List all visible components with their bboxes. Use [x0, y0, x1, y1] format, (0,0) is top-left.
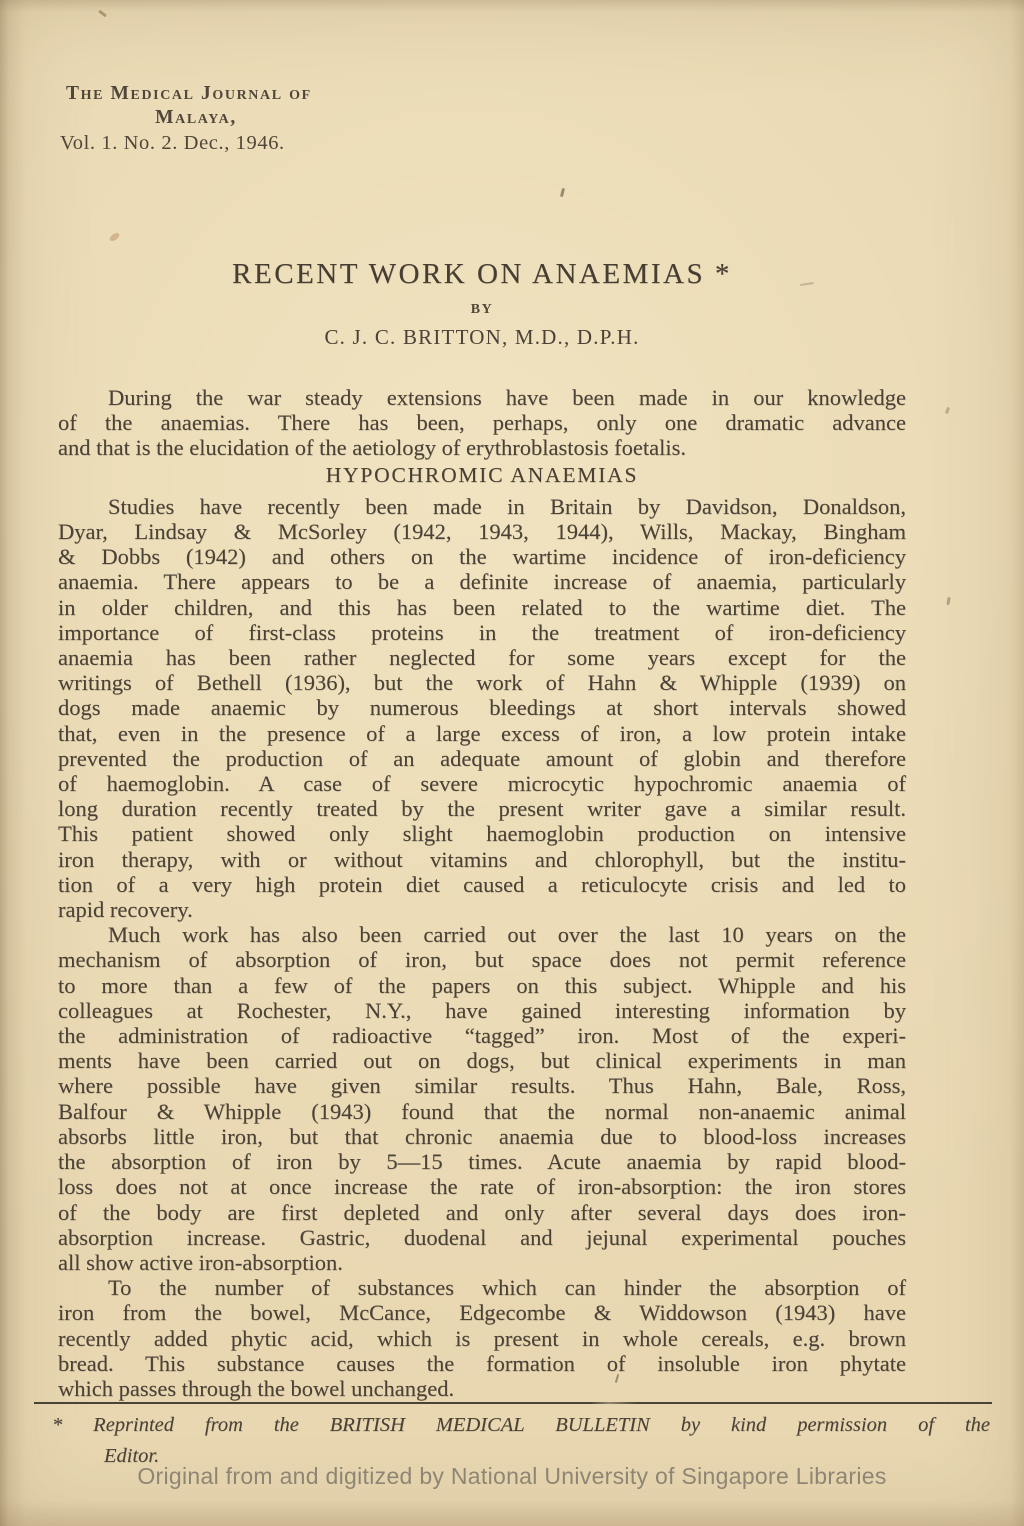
body-line: mechanism of absorption of iron, but spa… [58, 947, 906, 972]
body-line: anaemia has been rather neglected for so… [58, 645, 906, 670]
body-line: the absorption of iron by 5—15 times. Ac… [58, 1149, 906, 1174]
footnote-line: * Reprinted from the BRITISH MEDICAL BUL… [52, 1410, 990, 1441]
body-line: anaemia. There appears to be a definite … [58, 569, 906, 594]
body-line: iron from the bowel, McCance, Edgecombe … [58, 1300, 906, 1325]
journal-name-line2: Malaya, [66, 106, 326, 130]
body-line: long duration recently treated by the pr… [58, 796, 906, 821]
body-line: colleagues at Rochester, N.Y., have gain… [58, 998, 906, 1023]
body-line: bread. This substance causes the formati… [58, 1351, 906, 1376]
body-line: in older children, and this has been rel… [58, 595, 906, 620]
body-line: iron therapy, with or without vitamins a… [58, 847, 906, 872]
body-line: that, even in the presence of a large ex… [58, 721, 906, 746]
scanned-journal-page: The Medical Journal of Malaya, Vol. 1. N… [0, 0, 1024, 1526]
body-line: where possible have given similar result… [58, 1073, 906, 1098]
journal-name-line1: The Medical Journal of [66, 82, 358, 106]
body-line: writings of Bethell (1936), but the work… [58, 670, 906, 695]
digitization-watermark: Original from and digitized by National … [0, 1463, 1024, 1490]
byline-label: BY [58, 302, 906, 318]
body-line: the administration of radioactive “tagge… [58, 1023, 906, 1048]
body-line: of the anaemias. There has been, perhaps… [58, 410, 906, 435]
body-line: absorbs little iron, but that chronic an… [58, 1124, 906, 1149]
body-line: and that is the elucidation of the aetio… [58, 435, 906, 460]
body-line: During the war steady extensions have be… [58, 385, 906, 410]
body-line: of haemoglobin. A case of severe microcy… [58, 771, 906, 796]
body-line: which passes through the bowel unchanged… [58, 1376, 906, 1401]
author-line: C. J. C. BRITTON, M.D., D.P.H. [58, 325, 906, 350]
body-line: Much work has also been carried out over… [58, 922, 906, 947]
body-line: To the number of substances which can hi… [58, 1275, 906, 1300]
journal-issue-line: Vol. 1. No. 2. Dec., 1946. [60, 131, 358, 155]
body-line: importance of first-class proteins in th… [58, 620, 906, 645]
article-body: During the war steady extensions have be… [58, 385, 906, 1401]
body-line: Studies have recently been made in Brita… [58, 494, 906, 519]
footnote-rule [34, 1402, 992, 1404]
body-line: loss does not at once increase the rate … [58, 1174, 906, 1199]
body-line: to more than a few of the papers on this… [58, 973, 906, 998]
journal-masthead: The Medical Journal of Malaya, Vol. 1. N… [66, 82, 358, 155]
body-line: Balfour & Whipple (1943) found that the … [58, 1099, 906, 1124]
article-title: RECENT WORK ON ANAEMIAS * [58, 258, 906, 291]
paper-blemish [98, 10, 107, 18]
body-line: dogs made anaemic by numerous bleedings … [58, 695, 906, 720]
body-line: Dyar, Lindsay & McSorley (1942, 1943, 19… [58, 519, 906, 544]
paper-blemish [945, 407, 950, 415]
paper-blemish [560, 188, 565, 197]
paper-blemish [108, 231, 120, 242]
body-line: tion of a very high protein diet caused … [58, 872, 906, 897]
body-line: rapid recovery. [58, 897, 906, 922]
body-line: recently added phytic acid, which is pre… [58, 1326, 906, 1351]
article-title-block: RECENT WORK ON ANAEMIAS * BY C. J. C. BR… [58, 258, 906, 350]
body-line: prevented the production of an adequate … [58, 746, 906, 771]
body-line: & Dobbs (1942) and others on the wartime… [58, 544, 906, 569]
section-heading: HYPOCHROMIC ANAEMIAS [58, 463, 906, 488]
body-line: all show active iron-absorption. [58, 1250, 906, 1275]
body-line: of the body are first depleted and only … [58, 1200, 906, 1225]
paper-blemish [946, 597, 950, 605]
body-line: absorption increase. Gastric, duodenal a… [58, 1225, 906, 1250]
body-line: ments have been carried out on dogs, but… [58, 1048, 906, 1073]
body-line: This patient showed only slight haemoglo… [58, 821, 906, 846]
